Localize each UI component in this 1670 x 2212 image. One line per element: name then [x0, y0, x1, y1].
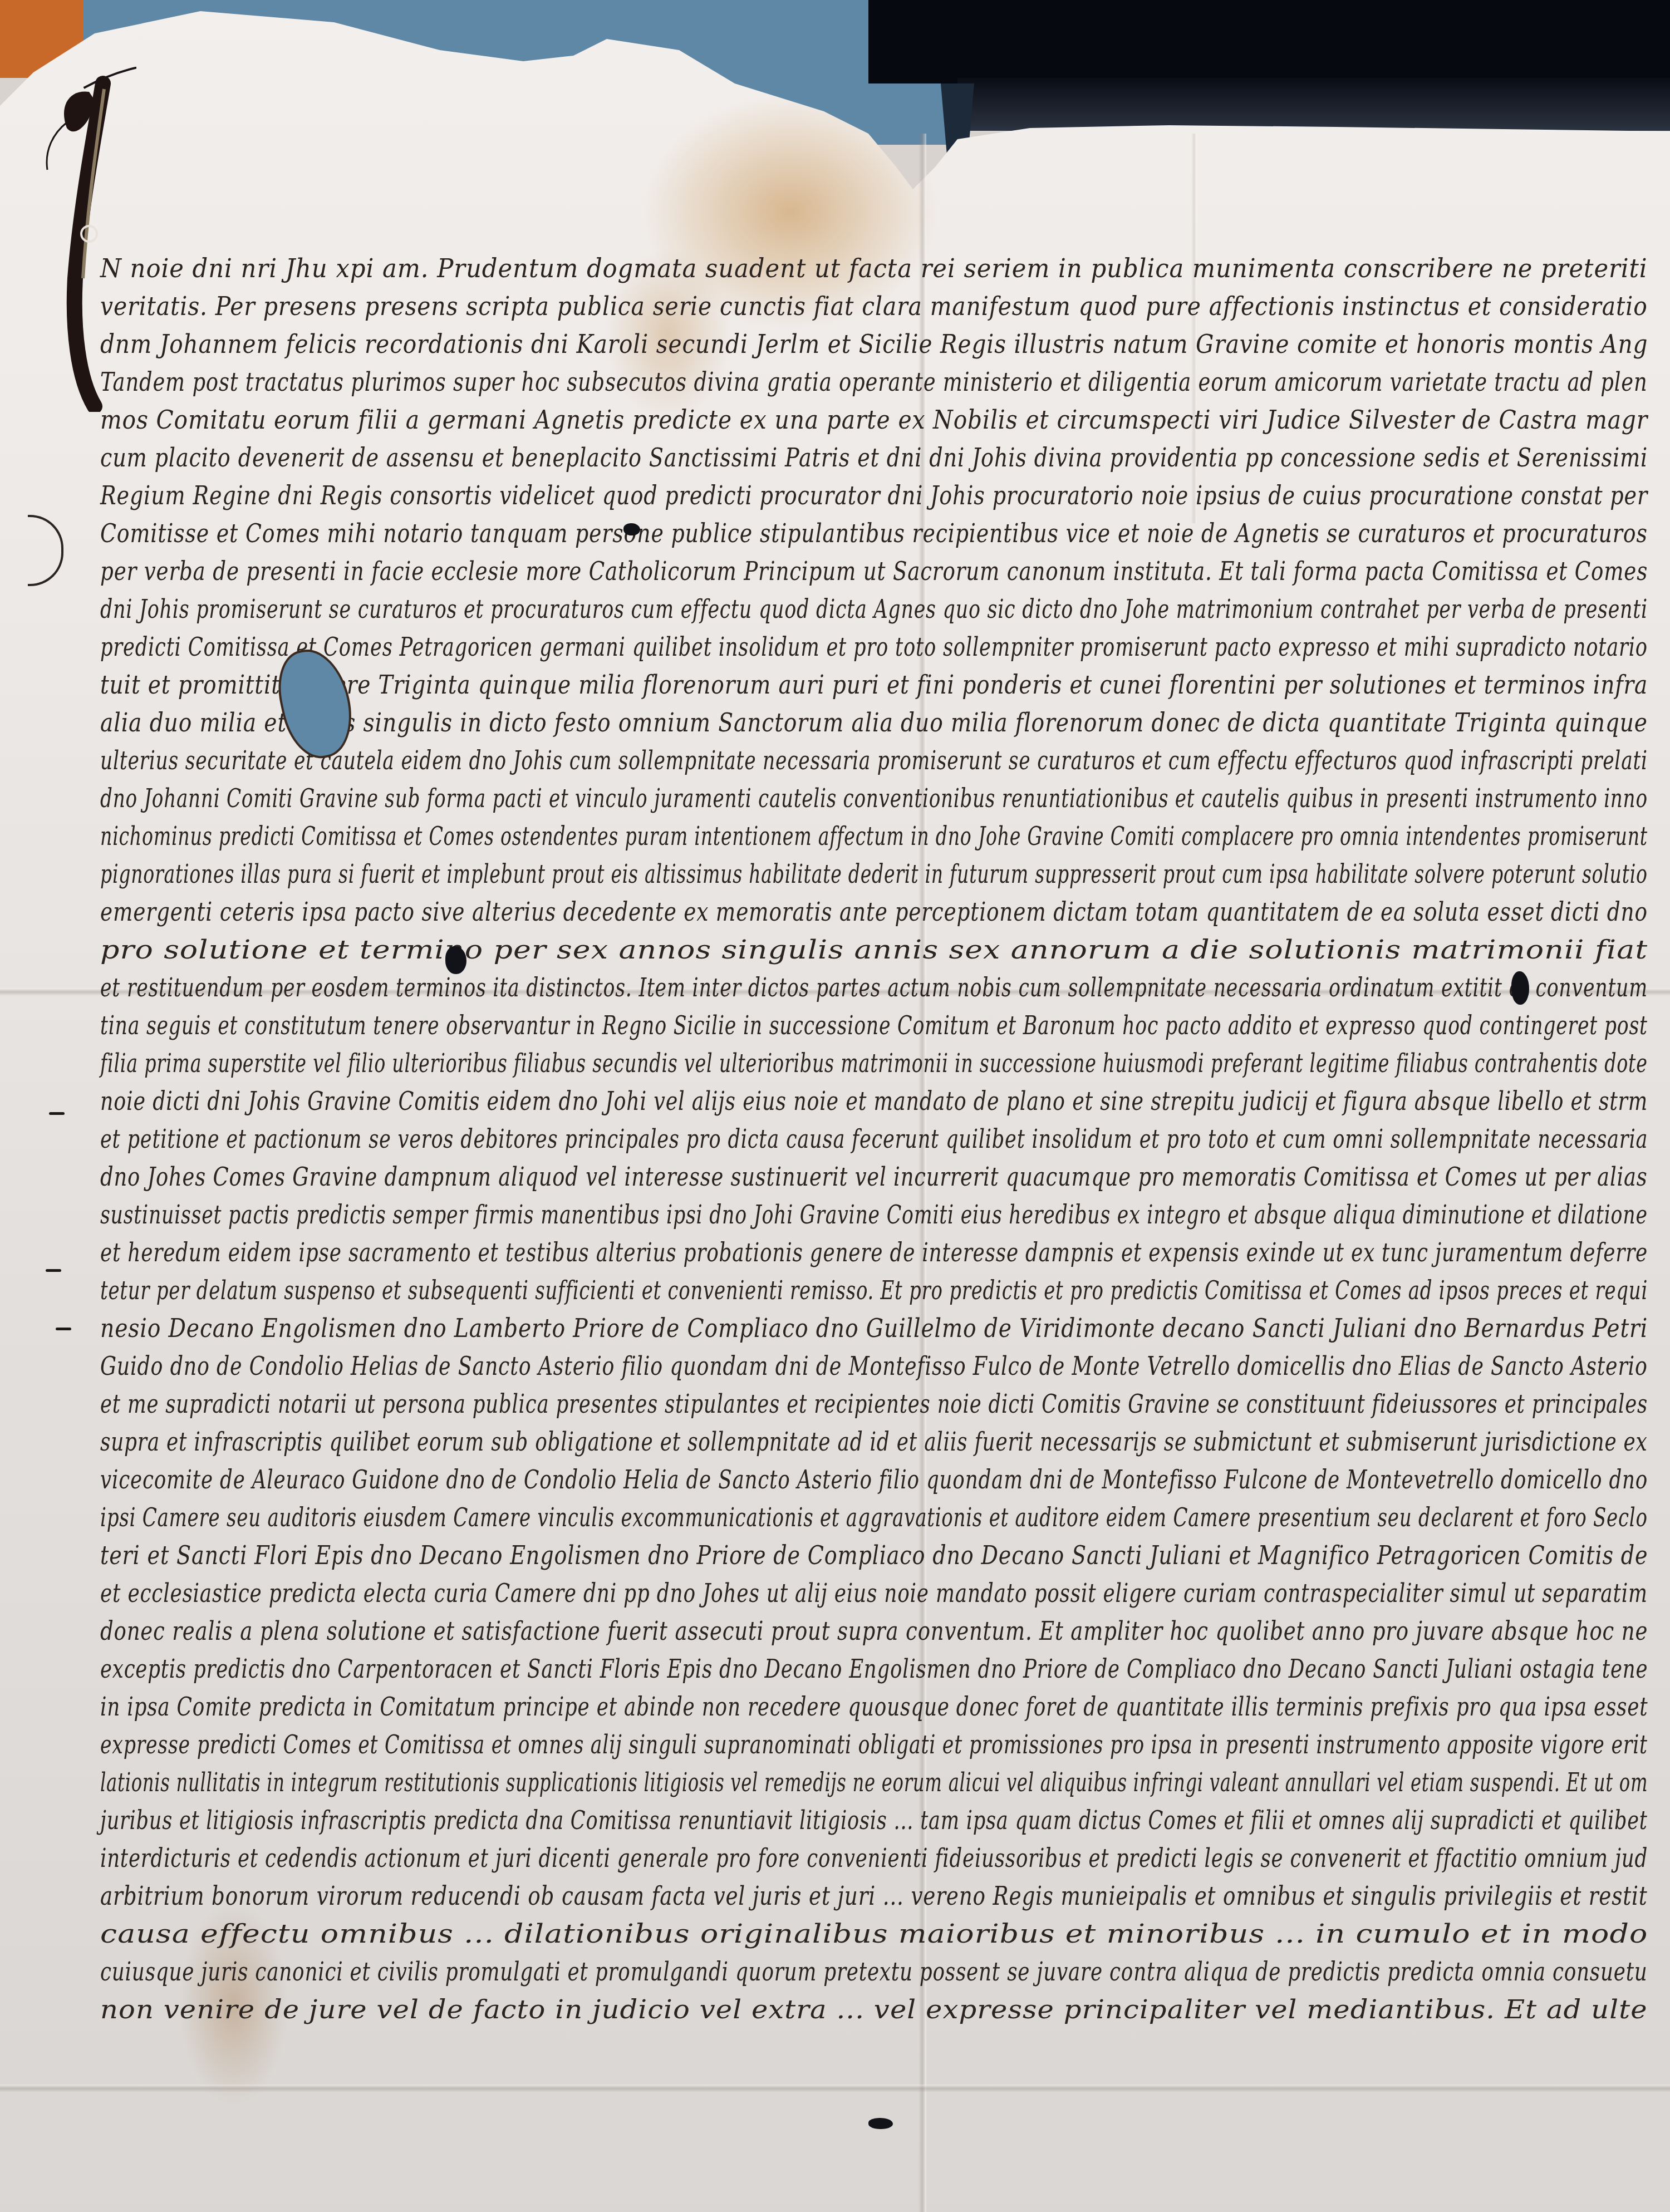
- decorated-initial-letter: [42, 67, 136, 412]
- text-line: expresse predicti Comes et Comitissa et …: [100, 1729, 1648, 1759]
- text-line: dnm Johannem felicis recordationis dni K…: [100, 329, 1648, 359]
- text-line: mos Comitatu eorum filii a germani Agnet…: [100, 405, 1648, 435]
- text-line: et me supradicti notarii ut persona publ…: [100, 1389, 1648, 1419]
- text-line: vicecomite de Aleuraco Guidone dno de Co…: [100, 1464, 1648, 1495]
- parchment-hole: [445, 946, 466, 974]
- text-line: donec realis a plena solutione et satisf…: [100, 1616, 1648, 1646]
- text-line: causa effectu omnibus ... dilationibus o…: [100, 1919, 1648, 1949]
- text-line: arbitrium bonorum virorum reducendi ob c…: [100, 1881, 1648, 1911]
- text-line: N noie dni nri Jhu xpi am. Prudentum dog…: [100, 253, 1648, 283]
- text-line: in ipsa Comite predicta in Comitatum pri…: [100, 1692, 1648, 1722]
- parchment-hole: [868, 2118, 893, 2129]
- text-line: pro solutione et termino per sex annos s…: [100, 935, 1648, 965]
- text-line: dni Johis promiserunt se curaturos et pr…: [100, 594, 1648, 624]
- text-line: exceptis predictis dno Carpentoracen et …: [100, 1654, 1648, 1684]
- text-line: dno Johes Comes Gravine dampnum aliquod …: [100, 1162, 1648, 1192]
- text-line: predicti Comitissa et Comes Petragoricen…: [100, 632, 1648, 662]
- text-line: juribus et litigiosis infrascriptis pred…: [100, 1805, 1648, 1835]
- text-line: supra et infrascriptis quilibet eorum su…: [100, 1427, 1648, 1457]
- text-line: et restituendum per eosdem terminos ita …: [100, 972, 1648, 1002]
- text-line: cum placito devenerit de assensu et bene…: [100, 443, 1648, 473]
- text-line: noie dicti dni Johis Gravine Comitis eid…: [100, 1086, 1648, 1116]
- text-line: veritatis. Per presens presens scripta p…: [100, 291, 1648, 321]
- text-line: Guido dno de Condolio Helias de Sancto A…: [100, 1351, 1648, 1381]
- text-line: nichominus predicti Comitissa et Comes o…: [100, 821, 1648, 851]
- text-line: pignorationes illas pura si fuerit et im…: [100, 859, 1648, 889]
- text-line: lationis nullitatis in integrum restitut…: [100, 1767, 1648, 1797]
- text-line: Tandem post tractatus plurimos super hoc…: [100, 367, 1648, 397]
- text-line: tetur per delatum suspenso et subsequent…: [100, 1275, 1648, 1305]
- text-line: nesio Decano Engolismen dno Lamberto Pri…: [100, 1313, 1648, 1343]
- text-line: non venire de jure vel de facto in judic…: [100, 1994, 1648, 2024]
- text-line: Comitisse et Comes mihi notario tanquam …: [100, 518, 1648, 548]
- text-line: emergenti ceteris ipsa pacto sive alteri…: [100, 897, 1648, 927]
- text-line: cuiusque juris canonici et civilis promu…: [100, 1957, 1648, 1987]
- horizontal-fold-line-lower: [0, 2085, 1670, 2092]
- text-line: Regium Regine dni Regis consortis videli…: [100, 480, 1648, 510]
- text-line: dno Johanni Comiti Gravine sub forma pac…: [100, 783, 1648, 813]
- text-line: et petitione et pactionum se veros debit…: [100, 1124, 1648, 1154]
- text-line: tina seguis et constitutum tenere observ…: [100, 1010, 1648, 1040]
- text-line: interdicturis et cedendis actionum et ju…: [100, 1843, 1648, 1873]
- text-line: per verba de presenti in facie ecclesie …: [100, 556, 1648, 586]
- text-line: ipsi Camere seu auditoris eiusdem Camere…: [100, 1502, 1648, 1532]
- parchment-hole: [623, 523, 640, 535]
- background-black-cloth: [868, 0, 1670, 83]
- text-line: et heredum eidem ipse sacramento et test…: [100, 1237, 1648, 1267]
- parchment-hole: [1511, 971, 1529, 1005]
- text-line: filia prima superstite vel filio ulterio…: [100, 1048, 1648, 1078]
- text-line: sustinuisset pactis predictis semper fir…: [100, 1200, 1648, 1230]
- text-line: teri et Sancti Flori Epis dno Decano Eng…: [100, 1540, 1648, 1570]
- margin-mark: [56, 1328, 71, 1330]
- text-line: et ecclesiastice predicta electa curia C…: [100, 1578, 1648, 1608]
- margin-mark: [46, 1269, 61, 1272]
- margin-mark: [49, 1112, 65, 1115]
- background-black-shadow: [957, 78, 1670, 131]
